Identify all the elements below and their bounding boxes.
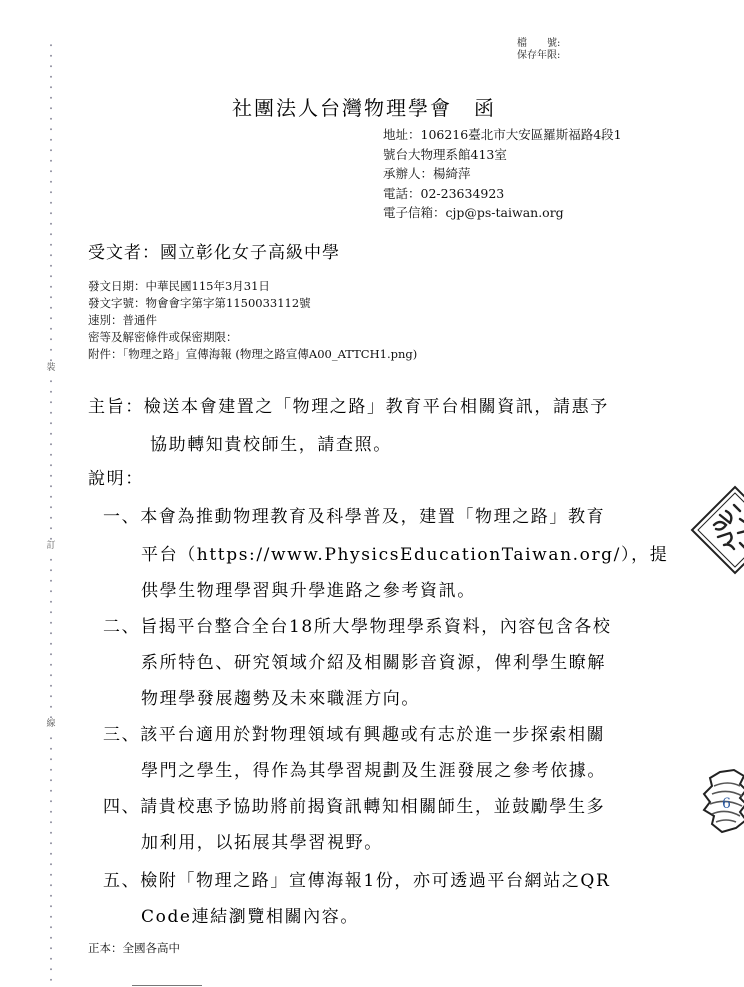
explanation-item-3-line-1: 三、該平台適用於對物理領域有興趣或有志於進一步探索相關 — [103, 720, 605, 745]
explanation-item-1-line-3: 供學生物理學習與升學進路之參考資訊。 — [141, 576, 476, 601]
sender-address-line2: 號台大物理系館413室 — [383, 145, 622, 165]
sender-contact-person: 承辦人：楊綺萍 — [383, 164, 622, 184]
sender-email[interactable]: 電子信箱：cjp@ps-taiwan.org — [383, 203, 622, 223]
explanation-item-2-line-1: 二、旨揭平台整合全台18所大學物理學系資料，內容包含各校 — [103, 612, 611, 637]
explanation-item-5-line-2: Code連結瀏覽相關內容。 — [141, 902, 359, 927]
archive-block: 檔 號: 保存年限: — [517, 38, 560, 62]
sender-address-line1: 地址：106216臺北市大安區羅斯福路4段1 — [383, 125, 622, 145]
document-number: 發文字號：物會會字第字第1150033112號 — [88, 295, 417, 312]
attachment[interactable]: 附件：「物理之路」宣傳海報 (物理之路宣傳A00_ATTCH1.png) — [88, 346, 417, 363]
explanation-item-2-line-3: 物理學發展趨勢及未來職涯方向。 — [141, 684, 420, 709]
explanation-heading: 說明： — [88, 464, 144, 489]
binding-margin-dotted-line — [50, 40, 52, 987]
document-title: 社團法人台灣物理學會 函 — [232, 92, 496, 121]
issue-date: 發文日期：中華民國115年3月31日 — [88, 278, 417, 295]
binding-mark-staple: 訂 — [44, 540, 58, 552]
classification: 密等及解密條件或保密期限： — [88, 329, 417, 346]
explanation-item-2-line-2: 系所特色、研究領域介紹及相關影音資源，俾利學生瞭解 — [141, 648, 606, 673]
distribution-primary: 正本：全國各高中 — [88, 940, 180, 956]
sender-info: 地址：106216臺北市大安區羅斯福路4段1 號台大物理系館413室 承辦人：楊… — [383, 125, 622, 223]
explanation-item-5-line-1: 五、檢附「物理之路」宣傳海報1份，亦可透過平台網站之QR — [103, 866, 610, 891]
document-meta: 發文日期：中華民國115年3月31日 發文字號：物會會字第字第115003311… — [88, 278, 417, 363]
subject-line-2: 協助轉知貴校師生，請查照。 — [150, 430, 392, 455]
explanation-item-1-line-2[interactable]: 平台（https://www.PhysicsEducationTaiwan.or… — [141, 540, 668, 565]
explanation-item-4-line-2: 加利用，以拓展其學習視野。 — [141, 828, 383, 853]
binding-mark-bind: 裝 — [44, 362, 58, 374]
sender-phone: 電話：02-23634923 — [383, 184, 622, 204]
retention-period-label: 保存年限: — [517, 50, 560, 62]
explanation-item-1-line-1: 一、本會為推動物理教育及科學普及，建置「物理之路」教育 — [103, 502, 605, 527]
explanation-item-3-line-2: 學門之學生，得作為其學習規劃及生涯發展之參考依據。 — [141, 756, 606, 781]
recipient: 受文者：國立彰化女子高級中學 — [88, 238, 340, 263]
subject-line-1: 主旨：檢送本會建置之「物理之路」教育平台相關資訊，請惠予 — [88, 392, 609, 417]
delivery-speed: 速別：普通件 — [88, 312, 417, 329]
stamp-number: 6 — [722, 796, 731, 812]
footer-rule — [132, 985, 202, 986]
file-number-label: 檔 號: — [517, 38, 560, 50]
explanation-item-4-line-1: 四、請貴校惠予協助將前揭資訊轉知相關師生，並鼓勵學生多 — [103, 792, 605, 817]
seal-stamp-icon — [690, 485, 744, 575]
binding-mark-line: 線 — [44, 718, 58, 730]
stamp-emblem-icon: 6 — [700, 768, 744, 834]
